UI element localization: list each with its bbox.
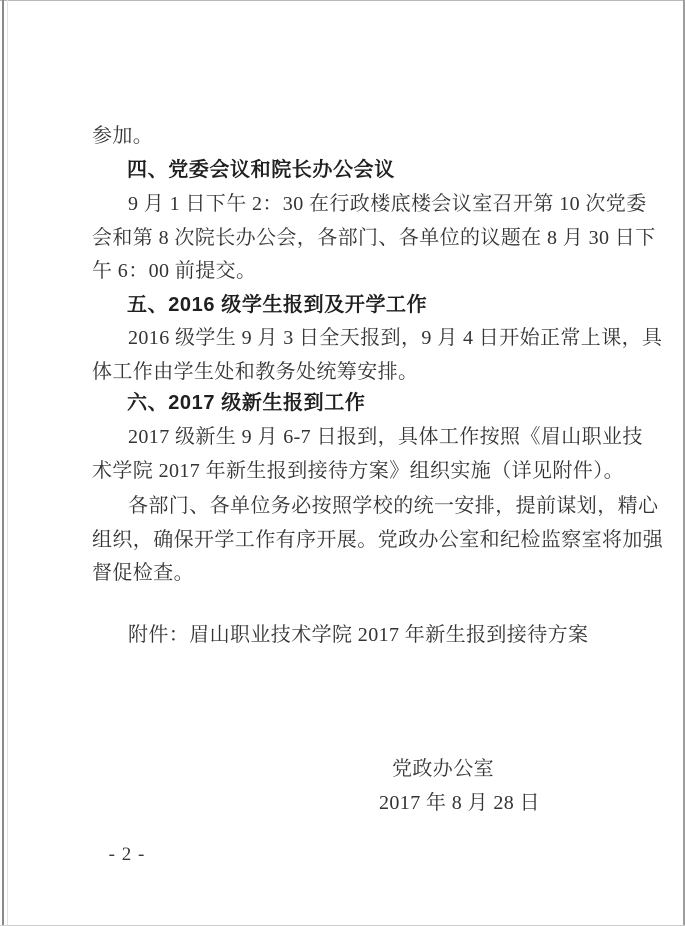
body-line: 9 月 1 日下午 2：30 在行政楼底楼会议室召开第 10 次党委 bbox=[92, 188, 597, 222]
signature-office: 党政办公室 bbox=[379, 753, 507, 787]
signature-block: 党政办公室 2017 年 8 月 28 日 bbox=[379, 753, 507, 820]
section-6-paragraph-1: 2017 级新生 9 月 6-7 日报到，具体工作按照《眉山职业技 术学院 20… bbox=[92, 421, 597, 488]
body-line: 督促检查。 bbox=[92, 557, 597, 591]
attachment-text: 附件：眉山职业技术学院 2017 年新生报到接待方案 bbox=[92, 619, 597, 653]
body-line: 各部门、各单位务必按照学校的统一安排，提前谋划，精心 bbox=[92, 490, 597, 524]
section-heading-6: 六、2017 级新生报到工作 bbox=[92, 387, 597, 421]
heading-text: 五、2016 级学生报到及开学工作 bbox=[92, 289, 597, 323]
body-line: 组织，确保开学工作有序开展。党政办公室和纪检监察室将加强 bbox=[92, 524, 597, 558]
signature-date: 2017 年 8 月 28 日 bbox=[379, 787, 507, 821]
body-line: 2017 级新生 9 月 6-7 日报到，具体工作按照《眉山职业技 bbox=[92, 421, 597, 455]
section-heading-5: 五、2016 级学生报到及开学工作 bbox=[92, 289, 597, 323]
page-edge-top bbox=[0, 0, 685, 1]
section-6-paragraph-2: 各部门、各单位务必按照学校的统一安排，提前谋划，精心 组织，确保开学工作有序开展… bbox=[92, 490, 597, 591]
body-line: 午 6：00 前提交。 bbox=[92, 255, 597, 289]
page-number: - 2 - bbox=[92, 843, 162, 867]
page-edge-left bbox=[2, 0, 4, 926]
heading-text: 四、党委会议和院长办公会议 bbox=[92, 154, 597, 188]
attachment-line: 附件：眉山职业技术学院 2017 年新生报到接待方案 bbox=[92, 619, 597, 653]
document-page: 参加。 四、党委会议和院长办公会议 9 月 1 日下午 2：30 在行政楼底楼会… bbox=[0, 0, 685, 926]
heading-text: 六、2017 级新生报到工作 bbox=[92, 387, 597, 421]
section-5-paragraph-1: 2016 级学生 9 月 3 日全天报到，9 月 4 日开始正常上课，具 体工作… bbox=[92, 322, 597, 389]
continuation-paragraph: 参加。 bbox=[92, 120, 597, 154]
body-line: 体工作由学生处和教务处统筹安排。 bbox=[92, 356, 597, 390]
page-edge-left-faint bbox=[7, 0, 8, 926]
body-line: 会和第 8 次院长办公会，各部门、各单位的议题在 8 月 30 日下 bbox=[92, 222, 597, 256]
section-heading-4: 四、党委会议和院长办公会议 bbox=[92, 154, 597, 188]
body-line: 2016 级学生 9 月 3 日全天报到，9 月 4 日开始正常上课，具 bbox=[92, 322, 597, 356]
body-line: 术学院 2017 年新生报到接待方案》组织实施（详见附件）。 bbox=[92, 455, 597, 489]
section-4-paragraph-1: 9 月 1 日下午 2：30 在行政楼底楼会议室召开第 10 次党委 会和第 8… bbox=[92, 188, 597, 289]
body-line: 参加。 bbox=[92, 120, 597, 154]
